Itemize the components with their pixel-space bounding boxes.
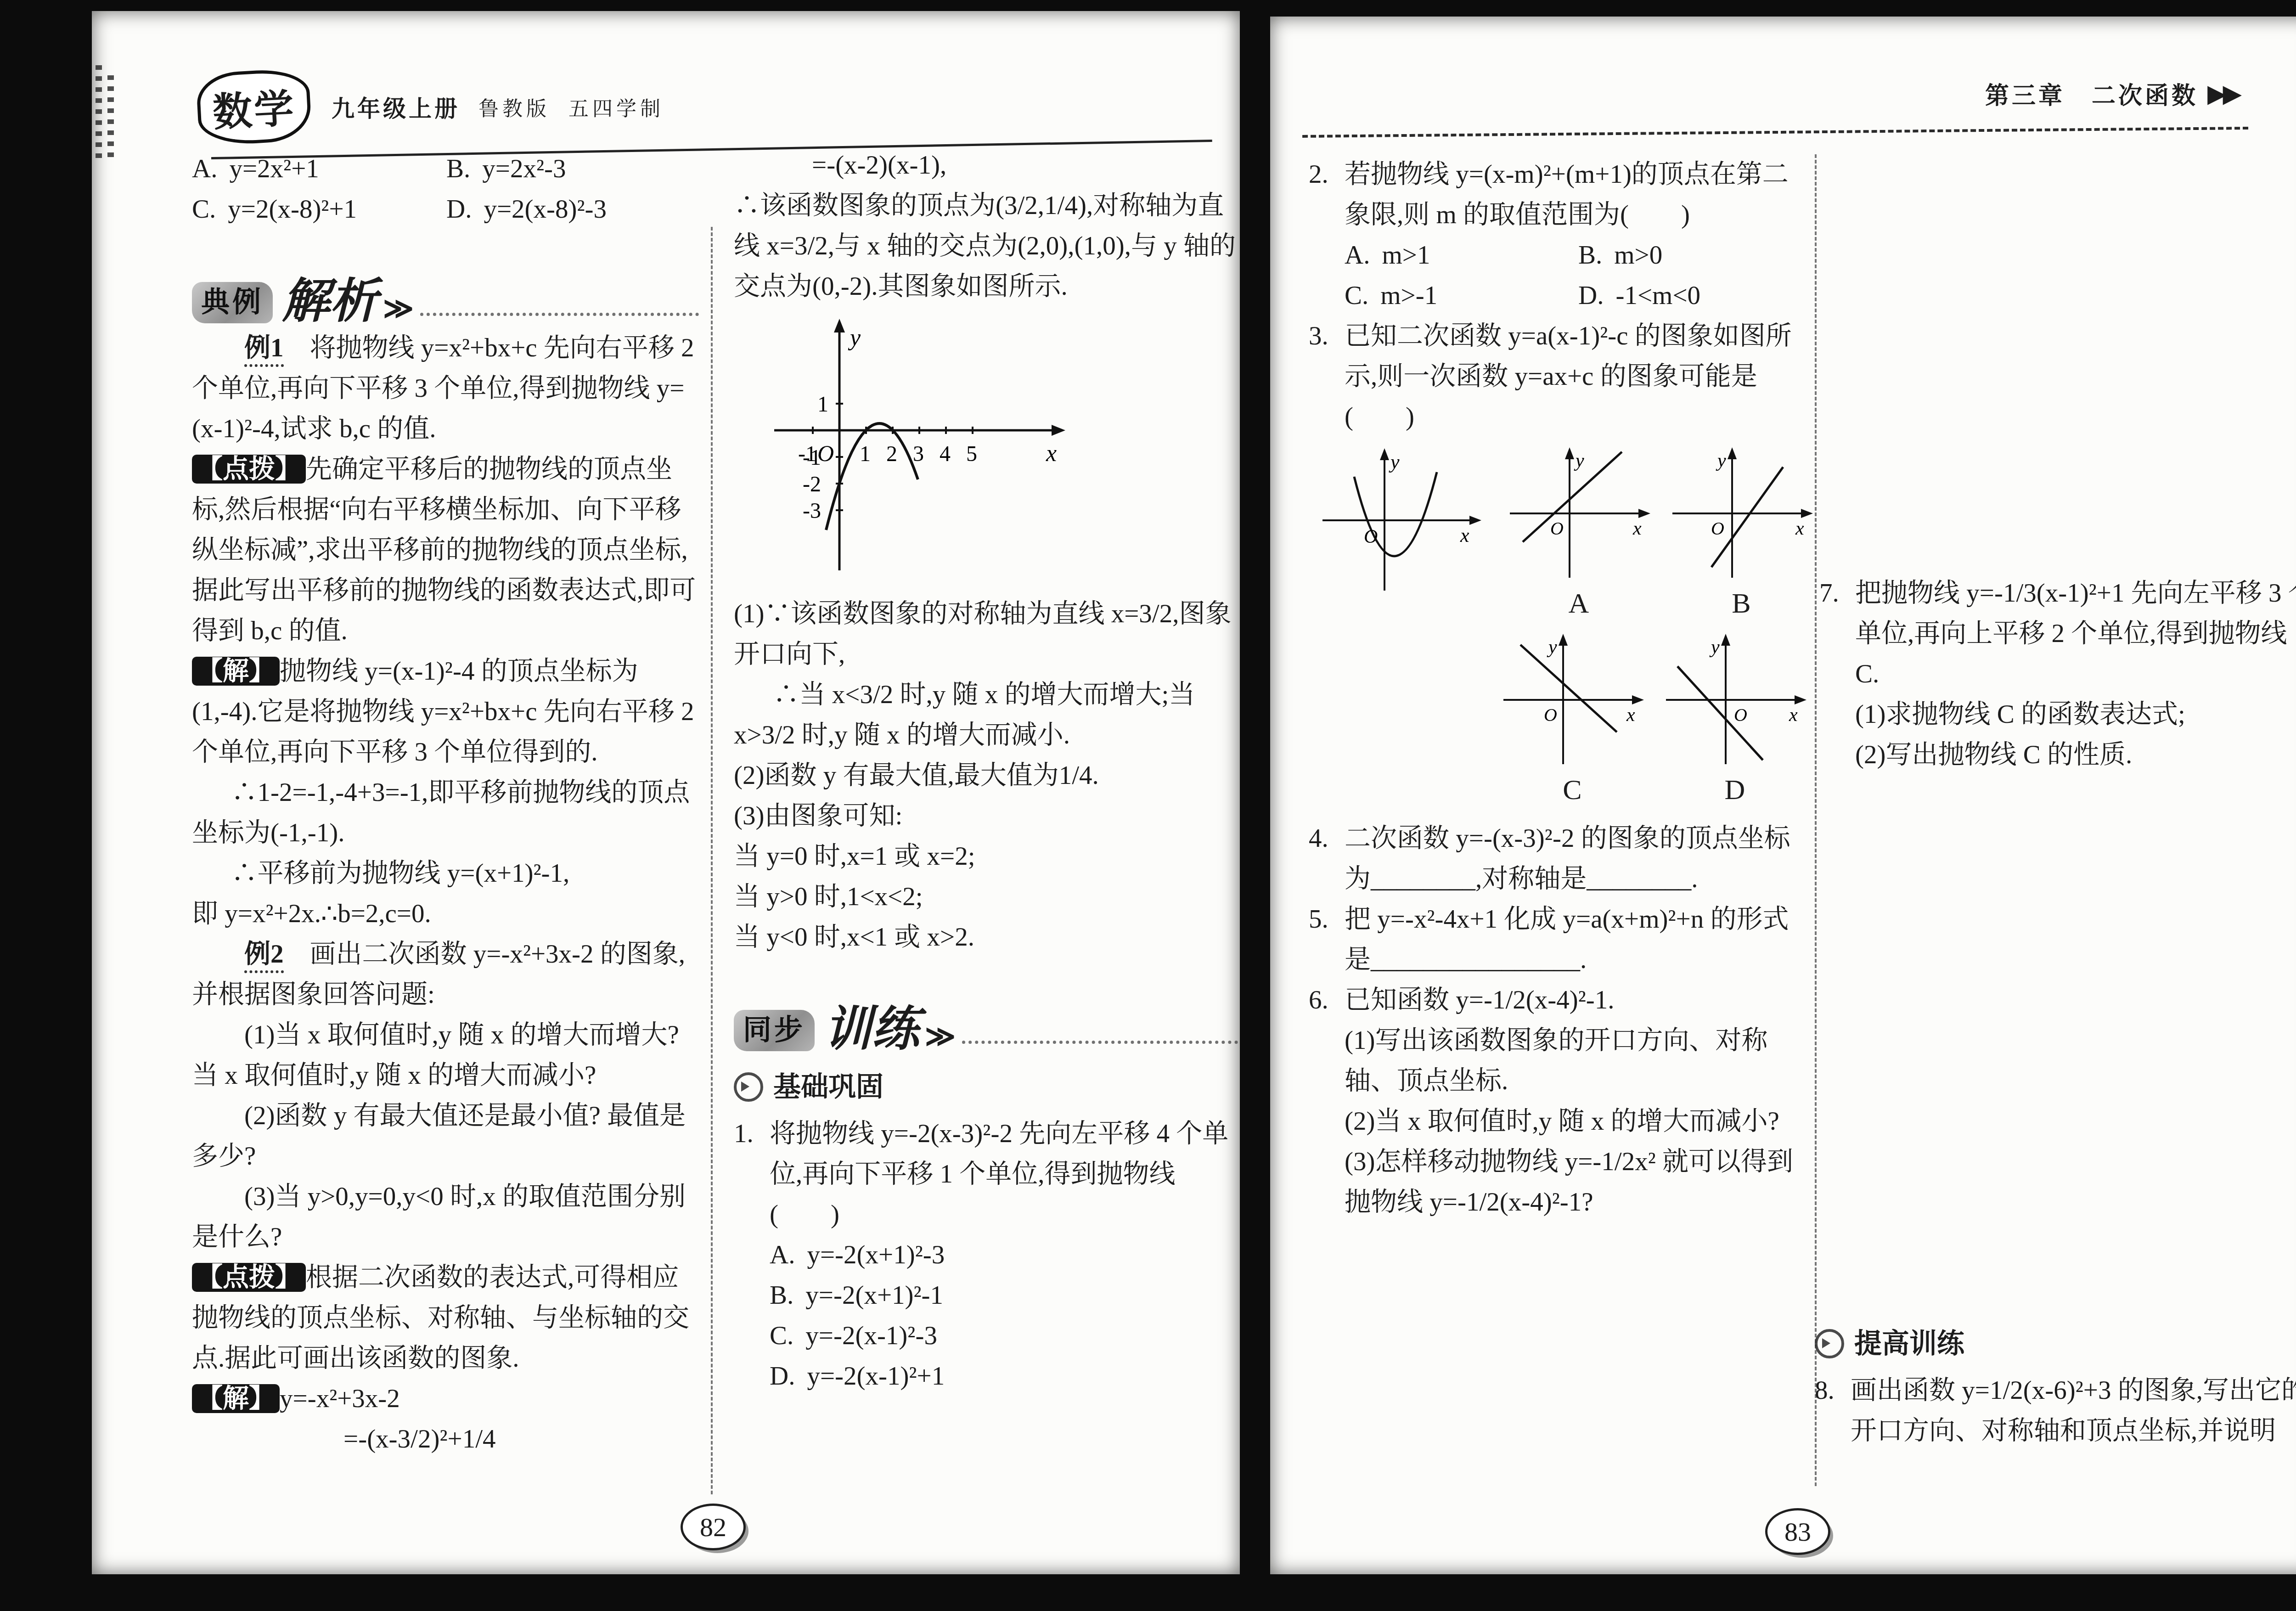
section-script: 训练 xyxy=(824,1008,919,1051)
book-edition: 鲁教版 xyxy=(478,92,550,122)
solution2-formula: =-(x-3/2)²+1/4 xyxy=(343,1419,701,1459)
x-axis-arrow xyxy=(1052,425,1065,436)
hint1-paragraph: 【点拨】先确定平移后的抛物线的顶点坐标,然后根据“向右平移横坐标加、向下平移纵坐… xyxy=(192,449,701,651)
page-number: 82 xyxy=(681,1504,746,1550)
graph-letter: D xyxy=(1725,770,1745,810)
svg-text:x: x xyxy=(1632,518,1642,539)
svg-text:y: y xyxy=(1716,450,1726,471)
option-c-graph: y x O C xyxy=(1494,631,1650,810)
q1-option-d: D.y=-2(x-1)²+1 xyxy=(770,1356,1240,1397)
chapter-title: 第三章 二次函数 xyxy=(1985,76,2198,111)
subsection-advanced: 提高训练 xyxy=(1815,1324,2296,1364)
analysis-5: 当 y=0 时,x=1 或 x=2; xyxy=(734,836,1240,877)
analysis-4: (3)由图象可知: xyxy=(734,796,1240,836)
choice-options: A.y=2x²+1 B.y=2x²-3 C.y=2(x-8)²+1 D.y=2(… xyxy=(192,149,701,230)
given-parabola-graph: y x O xyxy=(1309,445,1488,596)
factored-formula: =-(x-2)(x-1), xyxy=(812,145,1240,186)
question-6: 6. 已知函数 y=-1/2(x-4)²-1. (1)写出该函数图象的开口方向、… xyxy=(1309,980,1812,1222)
line-curve xyxy=(1520,645,1617,732)
svg-text:y: y xyxy=(1547,637,1557,658)
scan-artifact-marks xyxy=(96,65,102,162)
option-b: B.y=2x²-3 xyxy=(446,149,701,189)
section-header-practice: 同步 训练 ≫ xyxy=(734,982,1240,1051)
q7-part-2: (2)写出抛物线 C 的性质. xyxy=(1855,735,2296,775)
q1-option-c: C.y=-2(x-1)²-3 xyxy=(770,1316,1240,1356)
question-number: 4. xyxy=(1309,818,1345,859)
svg-text:-2: -2 xyxy=(803,472,821,496)
question-4: 4. 二次函数 y=-(x-3)²-2 的图象的顶点坐标为________,对称… xyxy=(1309,818,1812,899)
svg-text:-1: -1 xyxy=(803,445,821,470)
example1-paragraph: 例1 将抛物线 y=x²+bx+c 先向右平移 2 个单位,再向下平移 3 个单… xyxy=(192,328,701,449)
svg-text:O: O xyxy=(1711,518,1724,539)
option-c: C.y=2(x-8)²+1 xyxy=(192,189,446,230)
section-script: 解析 xyxy=(282,280,377,323)
subject-badge: 数学 xyxy=(196,68,312,146)
q3-graph-row-1: y x O y x O A xyxy=(1309,445,1812,624)
line-curve xyxy=(1711,467,1783,567)
question-7: 7. 把抛物线 y=-1/3(x-1)²+1 先向左平移 3 个单位,再向上平移… xyxy=(1819,573,2296,775)
q6-part-3: (3)怎样移动抛物线 y=-1/2x² 就可以得到抛物线 y=-1/2(x-4)… xyxy=(1345,1142,1812,1222)
example2-paragraph: 例2 画出二次函数 y=-x²+3x-2 的图象,并根据图象回答问题: xyxy=(192,934,701,1015)
example1-label: 例1 xyxy=(244,333,284,367)
q2-option-c: C.m>-1 xyxy=(1345,276,1578,316)
question-1: 1. 将抛物线 y=-2(x-3)²-2 先向左平移 4 个单位,再向下平移 1… xyxy=(734,1114,1240,1397)
analysis-1: (1)∵该函数图象的对称轴为直线 x=3/2,图象开口向下, xyxy=(734,594,1240,675)
svg-text:x: x xyxy=(1795,518,1804,539)
section-band: 同步 xyxy=(734,1010,815,1051)
option-a-graph: y x O A xyxy=(1501,445,1657,624)
analysis-3: (2)函数 y 有最大值,最大值为1/4. xyxy=(734,755,1240,796)
double-arrow-icon: ≫ xyxy=(383,294,414,323)
hint-tag: 【点拨】 xyxy=(192,455,306,484)
solution1-paragraph: 【解】抛物线 y=(x-1)²-4 的顶点坐标为(1,-4).它是将抛物线 y=… xyxy=(192,651,701,772)
book-system: 五四学制 xyxy=(568,92,664,122)
question-number: 8. xyxy=(1815,1370,1851,1411)
question-number: 6. xyxy=(1309,980,1345,1020)
q3-graph-row-2: y x O C y x O D xyxy=(1494,631,1812,810)
y-axis-label: y xyxy=(848,325,861,351)
svg-text:4: 4 xyxy=(940,442,951,466)
question-2: 2. 若抛物线 y=(x-m)²+(m+1)的顶点在第二象限,则 m 的取值范围… xyxy=(1309,154,1812,316)
solution2-paragraph: 【解】y=-x²+3x-2 xyxy=(192,1379,701,1419)
left-page-header: 数学 九年级上册 鲁教版 五四学制 xyxy=(197,71,664,143)
example2-question1: (1)当 x 取何值时,y 随 x 的增大而增大? 当 x 取何值时,y 随 x… xyxy=(192,1015,701,1096)
section-band: 典例 xyxy=(192,282,273,323)
section-header-examples: 典例 解析 ≫ xyxy=(192,254,701,323)
analysis-7: 当 y<0 时,x<1 或 x>2. xyxy=(734,917,1240,958)
column-divider xyxy=(1815,154,1817,1486)
header-dashed-rule xyxy=(1302,127,2248,138)
left-page: 数学 九年级上册 鲁教版 五四学制 A.y=2x²+1 B.y=2x²-3 C.… xyxy=(92,11,1240,1574)
q2-option-d: D.-1<m<0 xyxy=(1578,276,1812,316)
option-d: D.y=2(x-8)²-3 xyxy=(446,189,701,230)
question-number: 5. xyxy=(1309,899,1345,940)
q1-option-a: A.y=-2(x+1)²-3 xyxy=(770,1235,1240,1275)
chapter-arrow-icon: ▶▶ xyxy=(2207,79,2238,108)
line-curve xyxy=(1677,666,1763,760)
page-number: 83 xyxy=(1765,1508,1830,1555)
svg-text:O: O xyxy=(1734,704,1747,725)
example2-question2: (2)函数 y 有最大值还是最小值? 最值是多少? xyxy=(192,1096,701,1177)
svg-text:1: 1 xyxy=(817,392,828,417)
graph-letter: C xyxy=(1563,770,1581,810)
svg-text:x: x xyxy=(1626,704,1635,726)
question-number: 3. xyxy=(1309,316,1345,356)
option-a: A.y=2x²+1 xyxy=(192,149,446,189)
column-divider xyxy=(711,227,713,1494)
example2-label: 例2 xyxy=(244,940,284,973)
svg-text:O: O xyxy=(1364,526,1378,547)
scan-artifact-marks xyxy=(107,75,114,158)
svg-text:5: 5 xyxy=(966,442,977,466)
q2-option-a: A.m>1 xyxy=(1345,235,1578,276)
line-curve xyxy=(1523,452,1622,542)
subsection-basic: 基础巩固 xyxy=(734,1067,1240,1107)
left-column: A.y=2x²+1 B.y=2x²-3 C.y=2(x-8)²+1 D.y=2(… xyxy=(192,149,701,1459)
svg-text:y: y xyxy=(1574,450,1584,471)
hint-tag: 【点拨】 xyxy=(192,1263,306,1292)
book-grade: 九年级上册 xyxy=(332,90,460,124)
svg-text:y: y xyxy=(1709,637,1720,658)
parabola-graph: y x O -1 1 2 3 4 5 1 -1 -2 -3 xyxy=(766,313,1240,589)
q6-part-1: (1)写出该函数图象的开口方向、对称轴、顶点坐标. xyxy=(1345,1020,1812,1101)
svg-text:-3: -3 xyxy=(803,499,821,523)
svg-text:O: O xyxy=(1544,704,1557,725)
question-3: 3. 已知二次函数 y=a(x-1)²-c 的图象如图所示,则一次函数 y=ax… xyxy=(1309,316,1812,437)
double-arrow-icon: ≫ xyxy=(925,1022,956,1051)
hint2-paragraph: 【点拨】根据二次函数的表达式,可得相应抛物线的顶点坐标、对称轴、与坐标轴的交点.… xyxy=(192,1257,701,1379)
right-column-1: 2. 若抛物线 y=(x-m)²+(m+1)的顶点在第二象限,则 m 的取值范围… xyxy=(1309,154,1812,1222)
solution-tag: 【解】 xyxy=(192,1384,280,1413)
analysis-2: ∴当 x<3/2 时,y 随 x 的增大而增大;当 x>3/2 时,y 随 x … xyxy=(734,675,1240,755)
y-axis-arrow xyxy=(834,319,845,332)
x-axis-label: x xyxy=(1046,440,1057,467)
svg-text:x: x xyxy=(1460,524,1469,546)
question-number: 7. xyxy=(1819,573,1855,614)
section-bullet-icon xyxy=(734,1072,763,1102)
svg-text:y: y xyxy=(1389,451,1400,473)
analysis-6: 当 y>0 时,1<x<2; xyxy=(734,877,1240,917)
q2-option-b: B.m>0 xyxy=(1578,235,1812,276)
q7-part-1: (1)求抛物线 C 的函数表达式; xyxy=(1855,694,2296,735)
dotted-leader xyxy=(962,1041,1238,1044)
solution1-step: ∴平移前为抛物线 y=(x+1)²-1, xyxy=(192,853,701,894)
graph-letter: A xyxy=(1569,583,1589,624)
solution-tag: 【解】 xyxy=(192,657,280,686)
dotted-leader xyxy=(420,313,699,316)
example2-question3: (3)当 y>0,y=0,y<0 时,x 的取值范围分别是什么? xyxy=(192,1177,701,1257)
solution1-step: ∴1-2=-1,-4+3=-1,即平移前抛物线的顶点坐标为(-1,-1). xyxy=(192,772,701,853)
question-5: 5. 把 y=-x²-4x+1 化成 y=a(x+m)²+n 的形式是_____… xyxy=(1309,899,1812,980)
svg-text:1: 1 xyxy=(860,442,871,466)
question-8: 8. 画出函数 y=1/2(x-6)²+3 的图象,写出它的开口方向、对称轴和顶… xyxy=(1815,1370,2296,1451)
question-number: 2. xyxy=(1309,154,1345,195)
question-number: 1. xyxy=(734,1114,770,1154)
right-column-2-top: 7. 把抛物线 y=-1/3(x-1)²+1 先向左平移 3 个单位,再向上平移… xyxy=(1819,573,2296,775)
svg-text:2: 2 xyxy=(886,442,897,466)
svg-text:x: x xyxy=(1789,704,1798,726)
right-page: 第三章 二次函数 ▶▶ 2. 若抛物线 y=(x-m)²+(m+1)的顶点在第二… xyxy=(1270,17,2296,1574)
right-page-header: 第三章 二次函数 ▶▶ xyxy=(1985,76,2238,111)
vertex-paragraph: ∴该函数图象的顶点为(3/2,1/4),对称轴为直线 x=3/2,与 x 轴的交… xyxy=(734,186,1240,307)
option-d-graph: y x O D xyxy=(1657,631,1813,810)
option-b-graph: y x O B xyxy=(1663,445,1819,624)
svg-text:O: O xyxy=(1550,518,1564,539)
right-column-2-bottom: 提高训练 8. 画出函数 y=1/2(x-6)²+3 的图象,写出它的开口方向、… xyxy=(1815,1324,2296,1451)
middle-column: =-(x-2)(x-1), ∴该函数图象的顶点为(3/2,1/4),对称轴为直线… xyxy=(734,145,1240,1397)
q6-part-2: (2)当 x 取何值时,y 随 x 的增大而减小? xyxy=(1345,1101,1812,1142)
section-bullet-icon xyxy=(1815,1329,1844,1358)
q1-option-b: B.y=-2(x+1)²-1 xyxy=(770,1275,1240,1316)
svg-text:3: 3 xyxy=(913,442,924,466)
graph-letter: B xyxy=(1732,583,1750,624)
solution1-step: 即 y=x²+2x.∴b=2,c=0. xyxy=(192,894,701,934)
